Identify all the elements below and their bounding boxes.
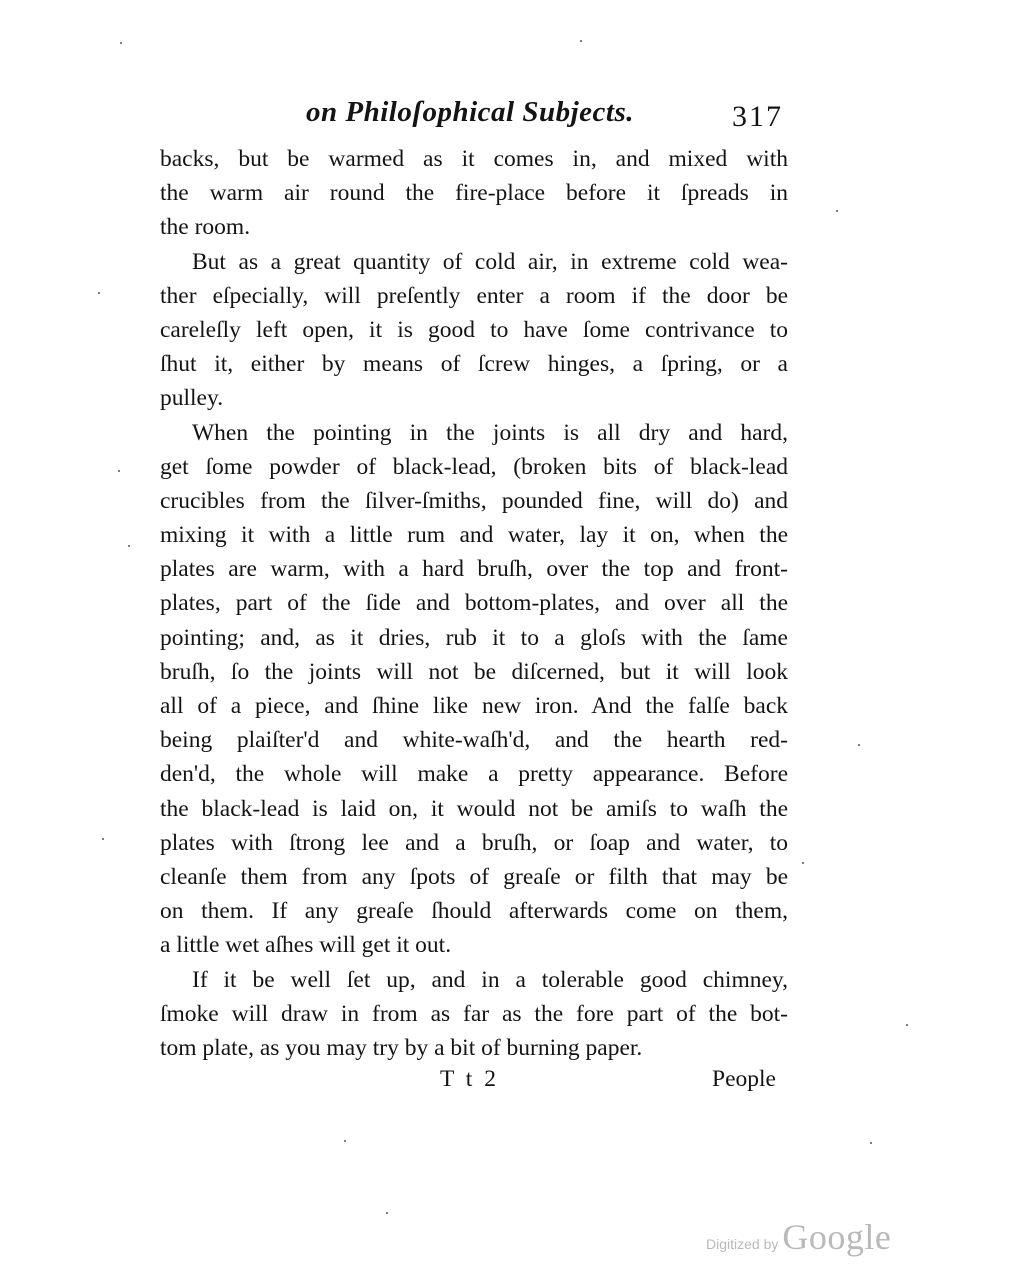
scan-speck (120, 42, 122, 44)
paragraph-chimney: If it be well ſet up, and in a tolerable… (160, 963, 788, 1066)
watermark-brand-logo: Google (782, 1217, 891, 1257)
text-line: careleſly left open, it is good to have … (160, 313, 788, 347)
watermark-prefix: Digitized by (706, 1236, 778, 1252)
scan-speck (836, 210, 838, 212)
text-line: a little wet aſhes will get it out. (160, 928, 788, 962)
scan-speck (344, 1140, 346, 1142)
text-line: plates are warm, with a hard bruſh, over… (160, 552, 788, 586)
text-line: plates with ſtrong lee and a bruſh, or ſ… (160, 826, 788, 860)
text-line: ther eſpecially, will preſently enter a … (160, 279, 788, 313)
book-page: on Philoſophical Subjects. 317 backs, bu… (0, 0, 1014, 1282)
scan-speck (580, 40, 582, 42)
text-line: crucibles from the ſilver-ſmiths, pounde… (160, 484, 788, 518)
digitized-by-watermark: Digitized by Google (706, 1216, 891, 1258)
text-line: If it be well ſet up, and in a tolerable… (160, 963, 788, 997)
scan-speck (102, 838, 104, 840)
scan-speck (858, 744, 860, 746)
text-line: cleanſe them from any ſpots of greaſe or… (160, 860, 788, 894)
page-number: 317 (732, 100, 783, 134)
text-line: pulley. (160, 381, 788, 415)
body-text: backs, but be warmed as it comes in, and… (160, 142, 788, 1065)
text-line: mixing it with a little rum and water, l… (160, 518, 788, 552)
text-line: backs, but be warmed as it comes in, and… (160, 142, 788, 176)
paragraph-continuation: backs, but be warmed as it comes in, and… (160, 142, 788, 245)
running-head: on Philoſophical Subjects. 317 (300, 96, 800, 136)
page-footer: T t 2 People (160, 1066, 788, 1100)
scan-speck (118, 470, 120, 472)
paragraph-cold-air: But as a great quantity of cold air, in … (160, 245, 788, 416)
text-line: being plaiſter'd and white-waſh'd, and t… (160, 723, 788, 757)
text-line: bruſh, ſo the joints will not be diſcern… (160, 655, 788, 689)
text-line: pointing; and, as it dries, rub it to a … (160, 621, 788, 655)
scan-speck (870, 1142, 872, 1144)
text-line: the room. (160, 210, 788, 244)
text-line: on them. If any greaſe ſhould afterwards… (160, 894, 788, 928)
scan-speck (98, 292, 100, 294)
scan-speck (386, 1212, 388, 1214)
text-line: all of a piece, and ſhine like new iron.… (160, 689, 788, 723)
paragraph-black-lead: When the pointing in the joints is all d… (160, 416, 788, 963)
signature-mark: T t 2 (440, 1066, 499, 1093)
text-line: When the pointing in the joints is all d… (160, 416, 788, 450)
scan-speck (906, 1024, 908, 1026)
text-line: the warm air round the fire-place before… (160, 176, 788, 210)
text-line: tom plate, as you may try by a bit of bu… (160, 1031, 788, 1065)
text-line: den'd, the whole will make a pretty appe… (160, 757, 788, 791)
text-line: ſhut it, either by means of ſcrew hinges… (160, 347, 788, 381)
text-line: get ſome powder of black-lead, (broken b… (160, 450, 788, 484)
catchword: People (712, 1066, 776, 1093)
text-line: plates, part of the ſide and bottom-plat… (160, 586, 788, 620)
text-line: the black-lead is laid on, it would not … (160, 792, 788, 826)
running-title: on Philoſophical Subjects. (306, 96, 634, 129)
text-line: But as a great quantity of cold air, in … (160, 245, 788, 279)
scan-speck (802, 862, 804, 864)
scan-speck (128, 545, 130, 547)
text-line: ſmoke will draw in from as far as the fo… (160, 997, 788, 1031)
